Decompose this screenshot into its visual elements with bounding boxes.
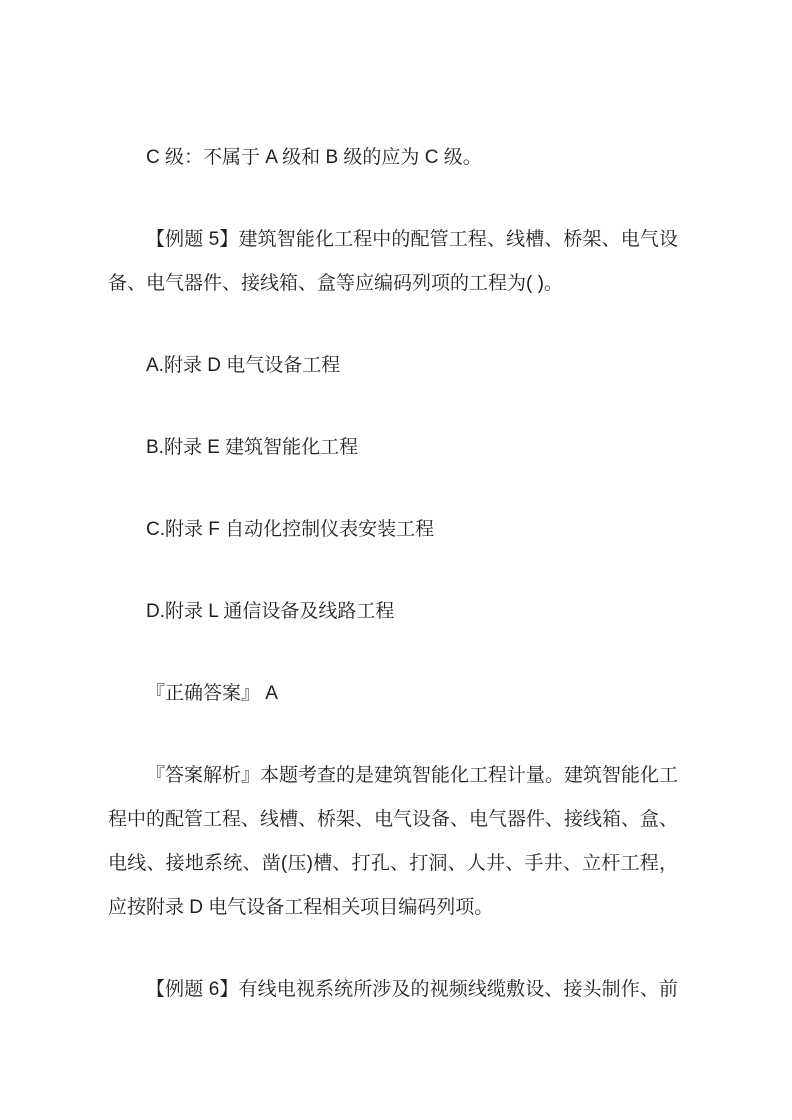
option-a: A.附录 D 电气设备工程 xyxy=(108,344,678,388)
example5-question-line-1: 【例题 5】建筑智能化工程中的配管工程、线槽、桥架、电气设 xyxy=(108,218,678,262)
example5-question-line-2: 备、电气器件、接线箱、盒等应编码列项的工程为( )。 xyxy=(108,262,678,306)
answer-analysis-line-3: 电线、接地系统、凿(压)槽、打孔、打洞、人井、手井、立杆工程， xyxy=(108,842,678,886)
answer-analysis-line-1: 『答案解析』本题考查的是建筑智能化工程计量。建筑智能化工 xyxy=(108,754,678,798)
paragraph-answer-analysis: 『答案解析』本题考查的是建筑智能化工程计量。建筑智能化工 程中的配管工程、线槽、… xyxy=(108,754,678,930)
paragraph-c-grade-rule: C 级：不属于 A 级和 B 级的应为 C 级。 xyxy=(108,136,678,180)
paragraph-example5-question: 【例题 5】建筑智能化工程中的配管工程、线槽、桥架、电气设 备、电气器件、接线箱… xyxy=(108,218,678,306)
option-b: B.附录 E 建筑智能化工程 xyxy=(108,426,678,470)
option-c: C.附录 F 自动化控制仪表安装工程 xyxy=(108,508,678,552)
answer-analysis-line-2: 程中的配管工程、线槽、桥架、电气设备、电气器件、接线箱、盒、 xyxy=(108,798,678,842)
document-page: C 级：不属于 A 级和 B 级的应为 C 级。 【例题 5】建筑智能化工程中的… xyxy=(0,0,792,1120)
answer-analysis-line-4: 应按附录 D 电气设备工程相关项目编码列项。 xyxy=(108,886,678,930)
correct-answer: 『正确答案』 A xyxy=(108,672,678,716)
option-d: D.附录 L 通信设备及线路工程 xyxy=(108,590,678,634)
paragraph-example6-opening: 【例题 6】有线电视系统所涉及的视频线缆敷设、接头制作、前 xyxy=(108,968,678,1012)
